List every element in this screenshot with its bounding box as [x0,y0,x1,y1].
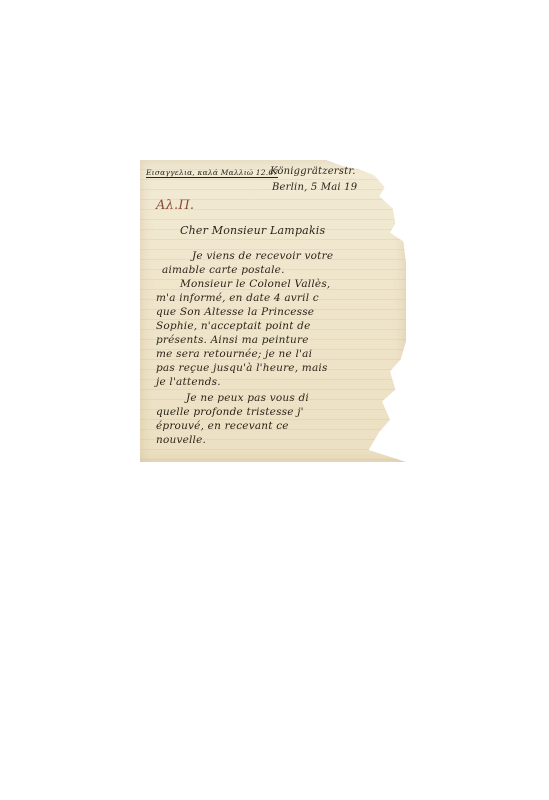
letter-place: Königgrätzerstr. [270,166,356,177]
body-line: nouvelle. [156,434,206,446]
body-line: éprouvé, en recevant ce [156,420,289,432]
archive-stamp-mark: Αλ.Π. [156,198,194,213]
body-line: présents. Ainsi ma peinture [156,334,309,346]
body-line: quelle profonde tristesse j' [156,406,304,418]
body-line: que Son Altesse la Princesse [156,306,314,318]
body-line: me sera retournée; je ne l'ai [156,348,312,360]
letter-dateline: Berlin, 5 Mai 19 [272,182,357,193]
body-line: Je ne peux pas vous di [186,392,309,404]
body-line: Je viens de recevoir votre [192,250,333,262]
body-line: Sophie, n'acceptait point de [156,320,311,332]
body-line: aimable carte postale. [162,264,285,276]
archival-note: Εισαγγελια, καλά Μαλλιώ 12.67 [146,168,278,178]
body-line: Monsieur le Colonel Vallès, [180,278,330,290]
body-line: m'a informé, en date 4 avril c [156,292,319,304]
body-line: pas reçue jusqu'à l'heure, mais [156,362,328,374]
letter-salutation: Cher Monsieur Lampakis [180,224,325,237]
body-line: je l'attends. [156,376,221,388]
letter-paper: Εισαγγελια, καλά Μαλλιώ 12.67 Königgrätz… [140,160,406,462]
